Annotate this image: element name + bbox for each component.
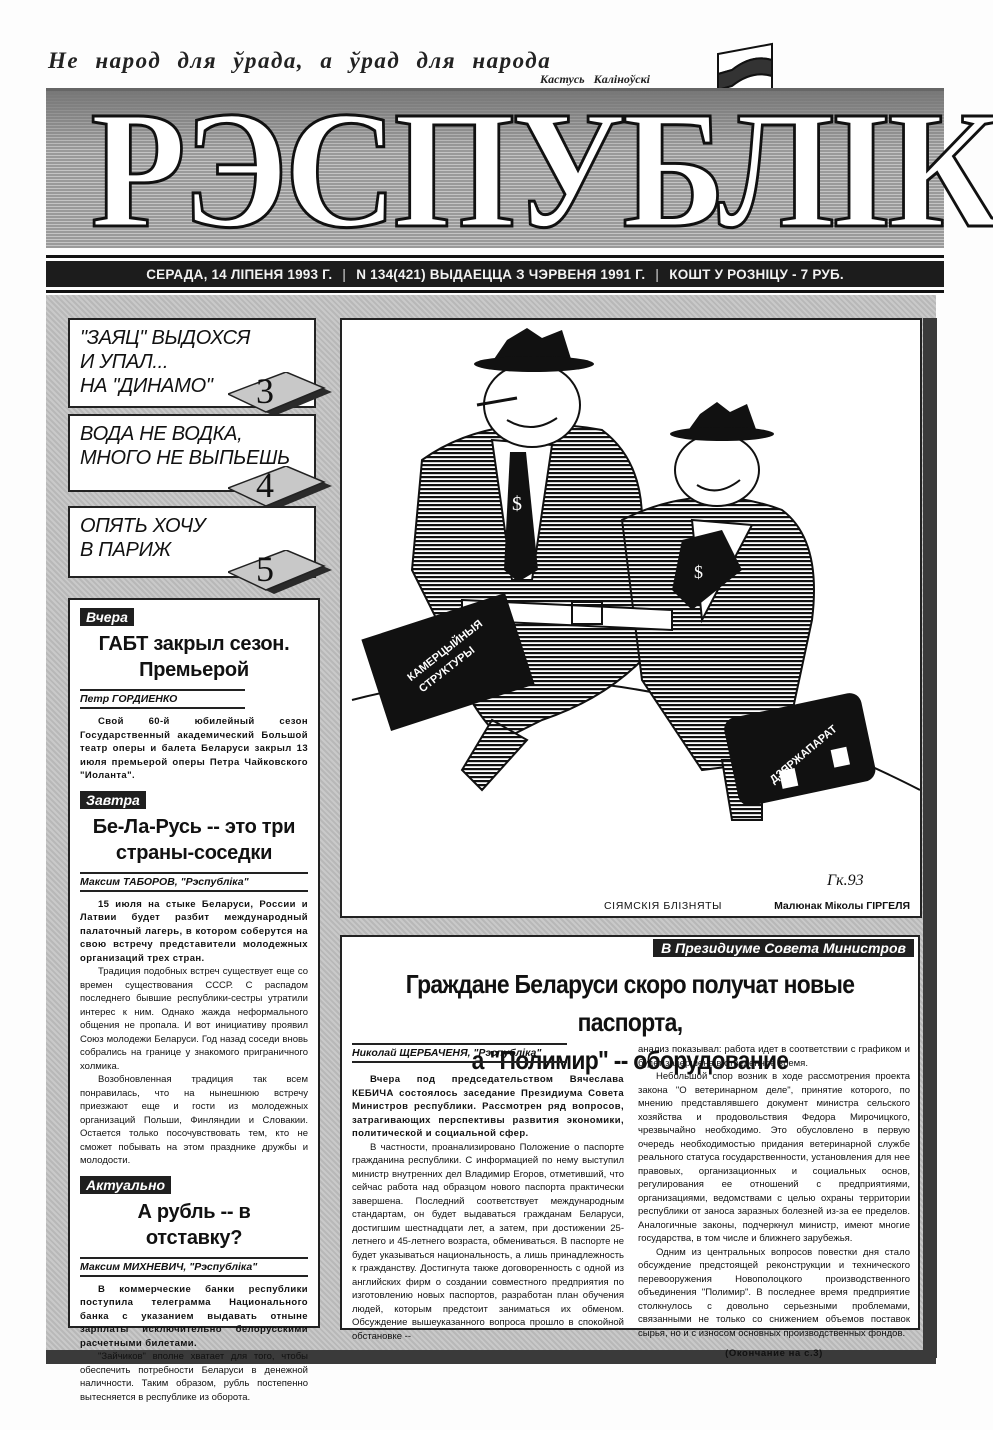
- artist-signature: Гк.93: [826, 872, 864, 889]
- headline-line: Граждане Беларуси скоро получат новые па…: [377, 965, 884, 1041]
- news-briefs-column: Вчера ГАБТ закрыл сезон. Премьерой Петр …: [68, 598, 320, 1328]
- teaser-line: ВОДА НЕ ВОДКА,: [80, 422, 304, 446]
- page-ref-tag[interactable]: 3: [228, 372, 318, 418]
- rubric-label: Актуально: [80, 1176, 171, 1194]
- masthead-banner: РЭСПУБЛІКА: [46, 88, 944, 248]
- page-ref-tag[interactable]: 5: [228, 550, 318, 596]
- article-headline[interactable]: ГАБТ закрыл сезон. Премьерой: [80, 631, 308, 683]
- article-paragraph: "Зайчиков" вполне хватает для того, чтоб…: [80, 1350, 308, 1404]
- page-number: 3: [220, 368, 310, 414]
- article-lead: Свой 60-й юбилейный сезон Государственны…: [80, 715, 308, 783]
- separator: |: [655, 267, 659, 282]
- article-byline: Николай ЩЕРБАЧЕНЯ, "Рэспубліка": [352, 1043, 567, 1063]
- article-lead: Вчера под председательством Вячеслава КЕ…: [352, 1073, 624, 1141]
- rubric-label: Завтра: [80, 791, 146, 809]
- article-paragraph: Традиция подобных встреч существует еще …: [80, 965, 308, 1073]
- article-paragraph: Возобновленная традиция так всем понрави…: [80, 1073, 308, 1168]
- article-headline[interactable]: Бе-Ла-Русь -- это три страны-соседки: [80, 814, 308, 866]
- separator: |: [342, 267, 346, 282]
- article-paragraph: Одним из центральных вопросов повестки д…: [638, 1246, 910, 1341]
- frame-shadow-right: [923, 318, 937, 1358]
- brief-article: Завтра Бе-Ла-Русь -- это три страны-сосе…: [80, 789, 308, 1168]
- cartoon-caption: СІЯМСКІЯ БЛІЗНЯТЫ: [604, 900, 722, 912]
- article-byline: Максим МИХНЕВИЧ, "Рэспубліка": [80, 1257, 308, 1277]
- issue-date: СЕРАДА, 14 ЛІПЕНЯ 1993 Г.: [146, 267, 332, 282]
- article-paragraph: Небольшой спор возник в ходе рассмотрени…: [638, 1070, 910, 1246]
- issue-number: N 134(421) ВЫДАЕЦЦА З ЧЭРВЕНЯ 1991 Г.: [356, 267, 645, 282]
- newspaper-title: РЭСПУБЛІКА: [90, 95, 899, 245]
- article-paragraph: анализ показывал: работа идет в соответс…: [638, 1043, 910, 1070]
- cartoon-illustration-icon: $ $ КАМЕРЦЫЙНЫЯ СТРУКТУРЫ ДЗЯРЖАПАРАТ: [342, 320, 920, 916]
- article-column-2: анализ показывал: работа идет в соответс…: [638, 1043, 910, 1359]
- article-headline[interactable]: А рубль -- в отставку?: [80, 1199, 308, 1251]
- brief-article: Актуально А рубль -- в отставку? Максим …: [80, 1174, 308, 1405]
- article-byline: Петр ГОРДИЕНКО: [80, 689, 245, 709]
- article-byline: Максим ТАБОРОВ, "Рэспубліка": [80, 872, 308, 892]
- masthead-motto: Не народ для ўрада, а ўрад для народа: [48, 48, 551, 74]
- page-number: 4: [220, 462, 310, 508]
- continued-note[interactable]: (Окончание на с.3): [638, 1348, 910, 1359]
- brief-article: Вчера ГАБТ закрыл сезон. Премьерой Петр …: [80, 606, 308, 783]
- teaser-line: ОПЯТЬ ХОЧУ: [80, 514, 304, 538]
- cartoon-panel: $ $ КАМЕРЦЫЙНЫЯ СТРУКТУРЫ ДЗЯРЖАПАРАТ: [340, 318, 922, 918]
- page-number: 5: [220, 546, 310, 592]
- rubric-label: Вчера: [80, 608, 134, 626]
- article-paragraph: В частности, проанализировано Положение …: [352, 1141, 624, 1344]
- teaser-line: "ЗАЯЦ" ВЫДОХСЯ: [80, 326, 304, 350]
- tie-dollar-icon: $: [512, 493, 522, 515]
- issue-price: КОШТ У РОЗНІЦУ - 7 РУБ.: [669, 267, 844, 282]
- svg-text:$: $: [694, 562, 703, 582]
- cartoon-credit: Малюнак Міколы ГІРГЕЛЯ: [774, 900, 910, 912]
- article-lead: 15 июля на стыке Беларуси, России и Латв…: [80, 898, 308, 966]
- article-lead: В коммерческие банки республики поступил…: [80, 1283, 308, 1351]
- article-column-1: Николай ЩЕРБАЧЕНЯ, "Рэспубліка" Вчера по…: [352, 1043, 624, 1359]
- rubric-label: В Президиуме Совета Министров: [653, 939, 914, 957]
- main-article: В Президиуме Совета Министров Граждане Б…: [340, 935, 920, 1330]
